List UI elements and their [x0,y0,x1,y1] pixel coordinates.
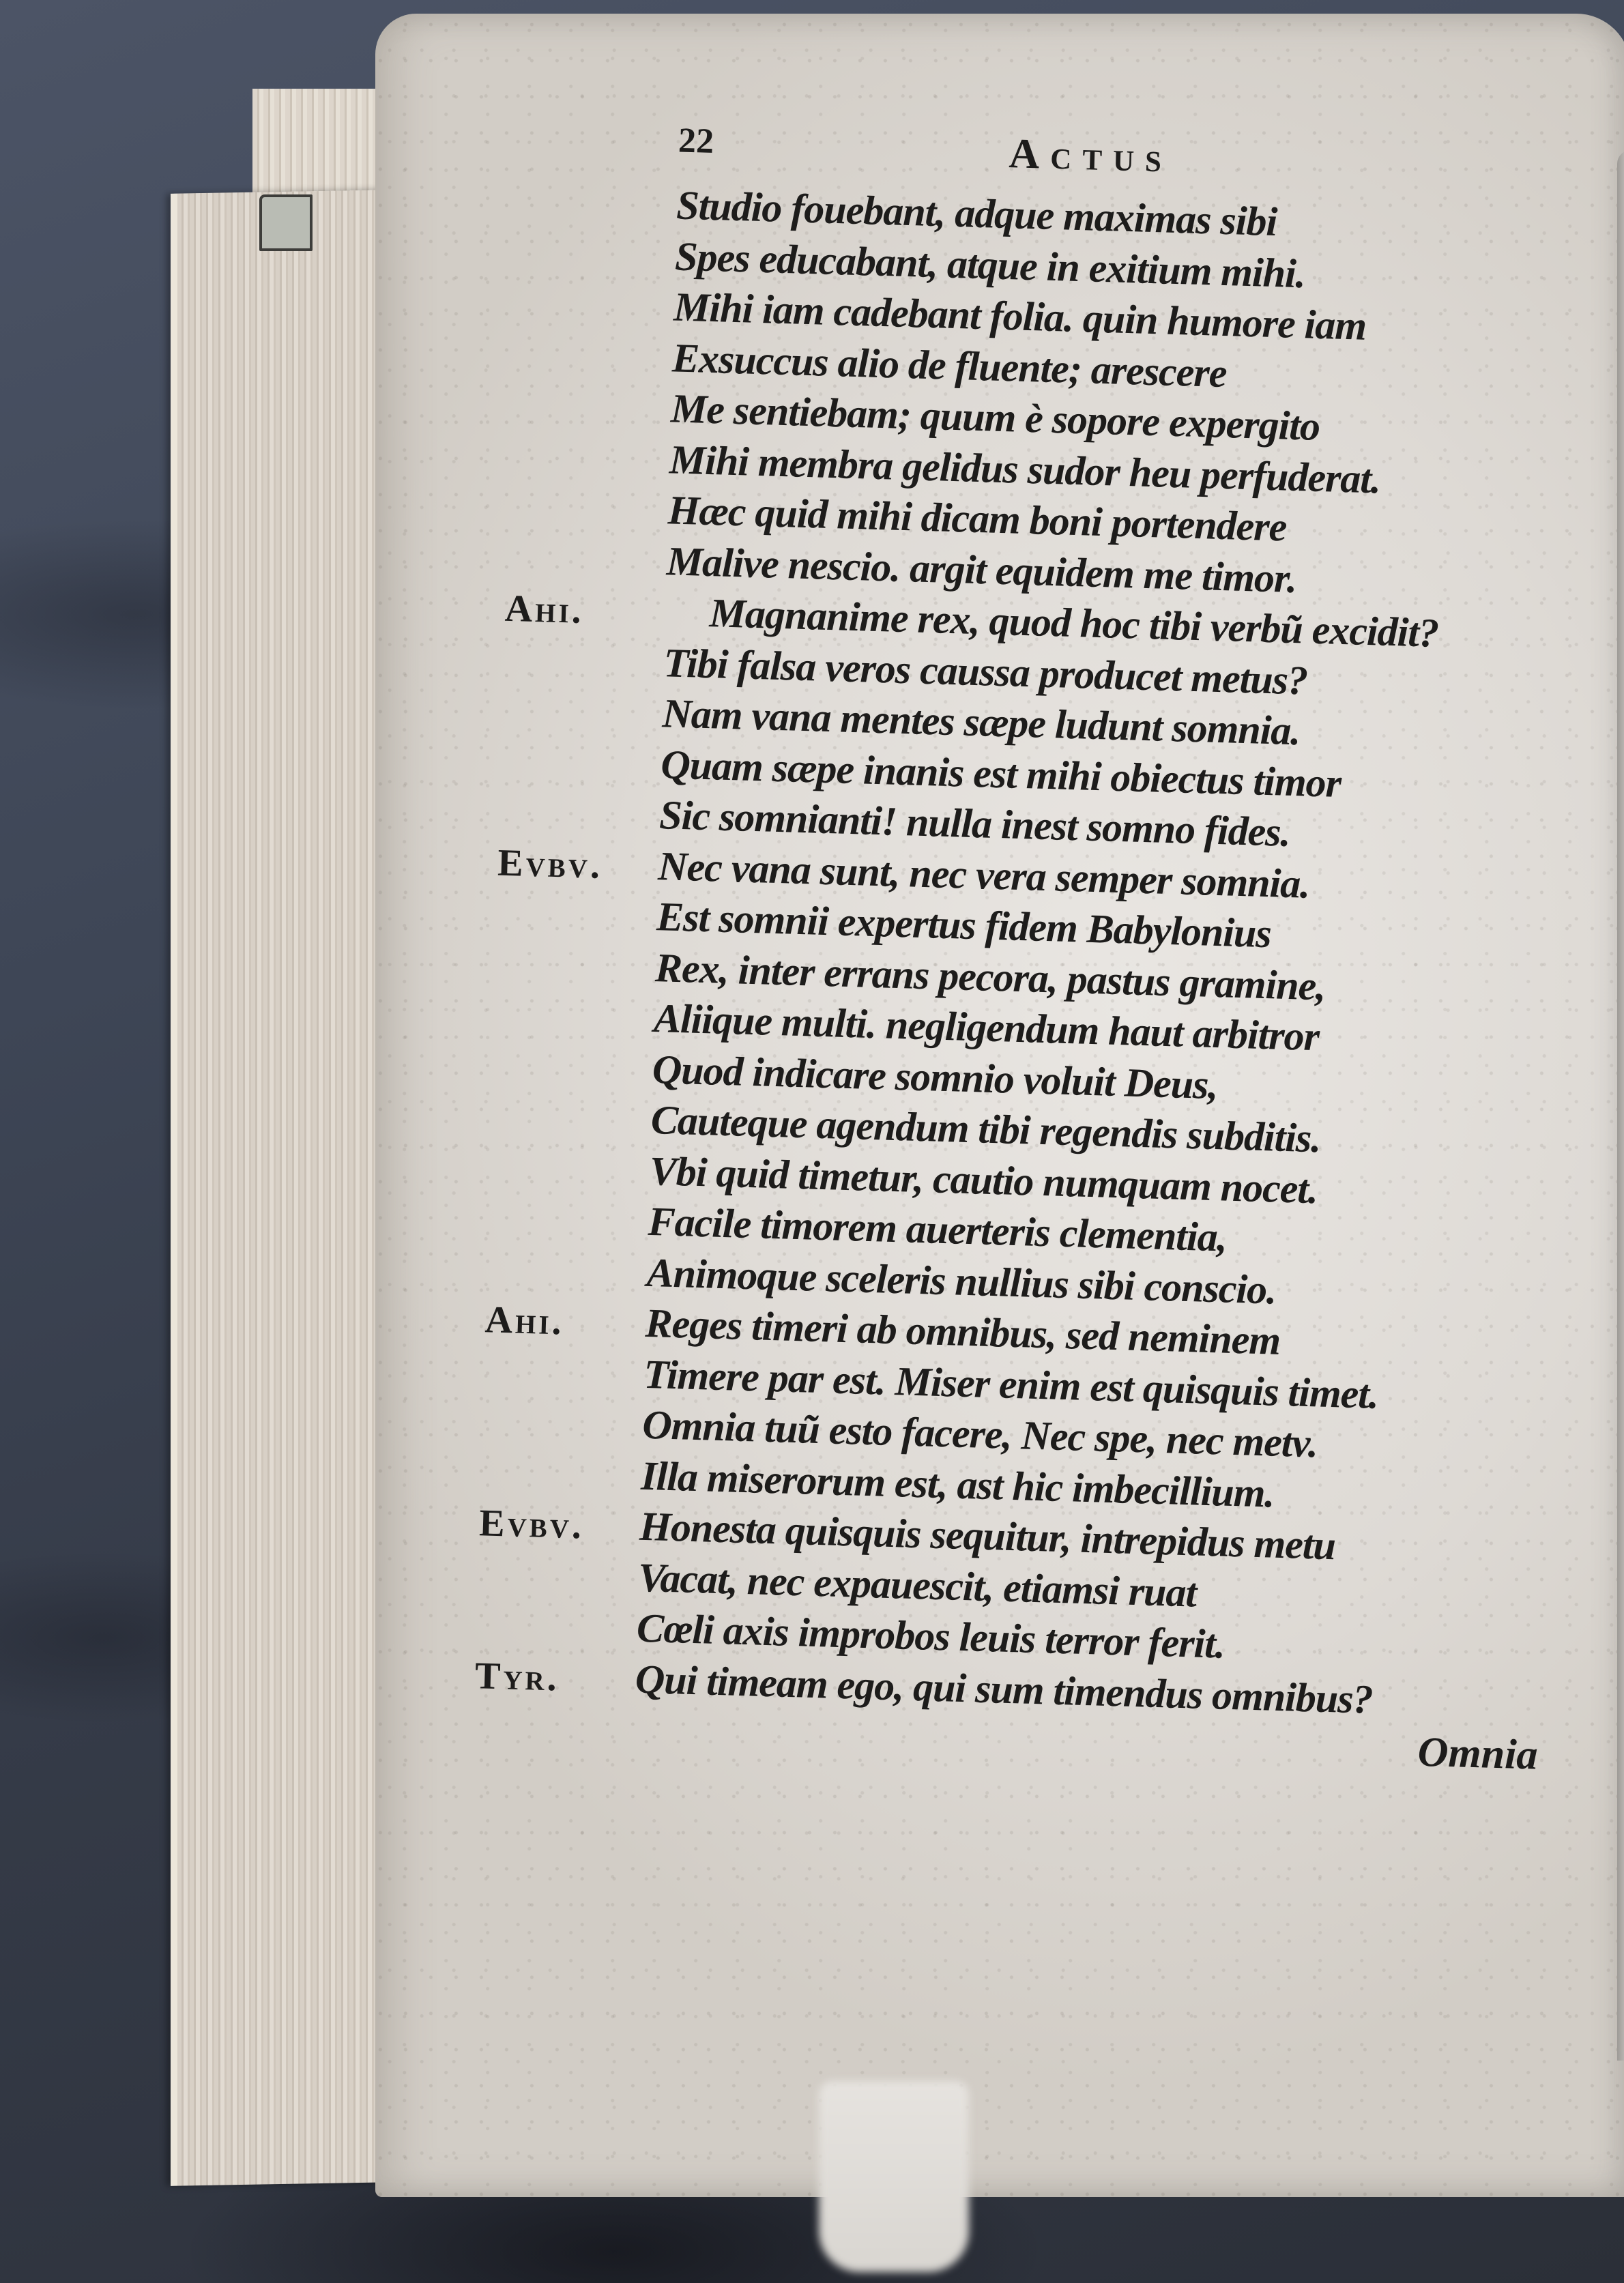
speaker-label [489,1196,639,1200]
speaker-label [482,1399,633,1404]
speaker-label [514,282,664,286]
verse-lines: Studio fouebant, adque maximas sibiSpes … [474,177,1581,1732]
speaker-label [477,1603,627,1607]
speaker-label [512,332,663,336]
speaker-label [517,180,667,184]
speaker-label [494,993,644,997]
facing-page: C r [1617,150,1624,2061]
speaker-label [504,637,654,641]
speaker-label [508,485,658,489]
speaker-label: Evbv. [497,841,649,888]
speaker-label [490,1146,640,1150]
speaker-label: Ahi. [484,1298,636,1346]
speaker-label [511,383,661,388]
page-number: 22 [678,121,714,162]
speaker-label [495,942,646,946]
bookmark-tab-icon [259,194,313,251]
speaker-label: Tyr. [474,1654,626,1702]
speaker-label [487,1247,637,1251]
speaker-label [481,1451,631,1455]
speaker-label: Evbv. [479,1501,630,1549]
speaker-label: Ahi. [504,587,656,635]
running-title: Actus [1009,130,1173,183]
speaker-label [491,1094,641,1099]
redacted-blur [819,2081,969,2272]
speaker-label [510,434,660,438]
speaker-label [497,892,647,896]
speaker-label [503,688,653,693]
speaker-label [507,536,657,540]
speaker-label [501,739,651,743]
speaker-label [493,1044,643,1048]
speaker-label [484,1349,635,1353]
speaker-label [499,790,650,794]
speaker-label [515,231,665,235]
speaker-label [478,1552,628,1556]
catchword: Omnia [1417,1728,1539,1780]
text-block: 22 Actus Studio fouebant, adque maximas … [473,116,1583,1786]
